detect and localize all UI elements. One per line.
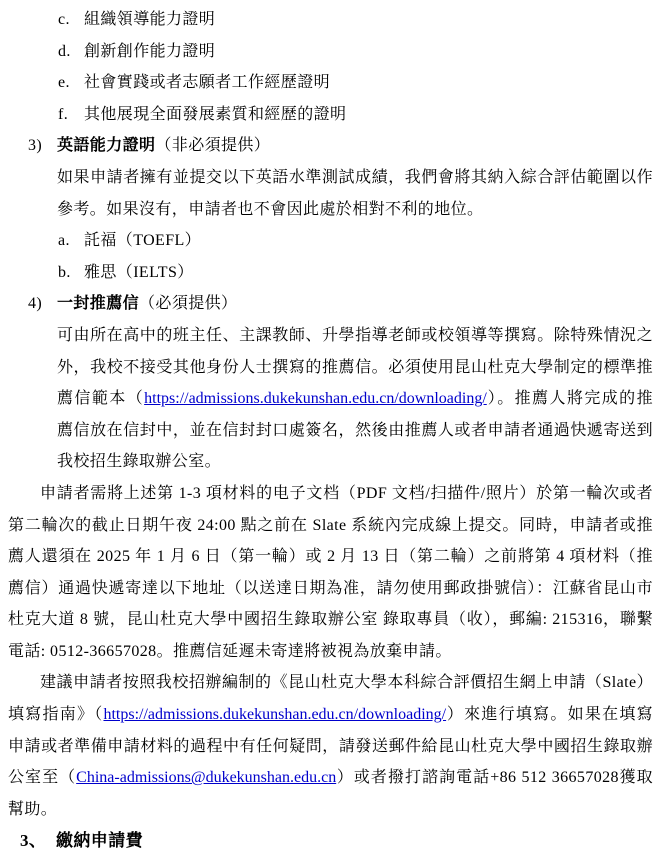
admissions-email-link[interactable]: China-admissions@dukekunshan.edu.cn (76, 769, 336, 786)
item-title-suffix: （非必須提供） (155, 137, 270, 154)
section-marker: 3、 (20, 825, 56, 855)
list-item-text: 雅思（IELTS） (84, 257, 194, 289)
english-test-paragraph: 如果申請者擁有並提交以下英語水準測試成績，我們會將其納入綜合評估範圍以作參考。如… (57, 162, 653, 225)
list-item-f: f. 其他展現全面發展素質和經歷的證明 (58, 99, 653, 131)
section-heading-application-fee: 3、 繳納申請費 (20, 825, 653, 855)
list-item-text: 託福（TOEFL） (84, 225, 201, 257)
list-item-d: d. 創新創作能力證明 (58, 36, 653, 68)
item-title: 一封推薦信 (57, 295, 139, 312)
list-marker: c. (58, 4, 84, 36)
list-marker: b. (58, 257, 84, 289)
list-marker: e. (58, 67, 84, 99)
list-marker: 3) (28, 130, 57, 162)
list-item-text: 一封推薦信（必須提供） (57, 288, 237, 320)
list-item-e: e. 社會實踐或者志願者工作經歷證明 (58, 67, 653, 99)
document-page: c. 組織領導能力證明 d. 創新創作能力證明 e. 社會實踐或者志願者工作經歷… (0, 0, 661, 855)
list-item-toefl: a. 託福（TOEFL） (58, 225, 653, 257)
document-content: c. 組織領導能力證明 d. 創新創作能力證明 e. 社會實踐或者志願者工作經歷… (0, 0, 661, 855)
list-item-text: 組織領導能力證明 (84, 4, 215, 36)
list-item-text: 創新創作能力證明 (84, 36, 215, 68)
list-item-text: 社會實踐或者志願者工作經歷證明 (84, 67, 330, 99)
application-guide-paragraph: 建議申請者按照我校招辦編制的《昆山杜克大學本科綜合評價招生網上申請（Slate）… (8, 667, 653, 825)
section-title: 繳納申請費 (56, 825, 143, 855)
list-item-c: c. 組織領導能力證明 (58, 4, 653, 36)
list-item-3-english-proficiency: 3) 英語能力證明（非必須提供） (28, 130, 653, 162)
guide-download-link[interactable]: https://admissions.dukekunshan.edu.cn/do… (103, 706, 446, 723)
download-template-link[interactable]: https://admissions.dukekunshan.edu.cn/do… (144, 390, 487, 407)
list-item-text: 英語能力證明（非必須提供） (57, 130, 270, 162)
list-item-ielts: b. 雅思（IELTS） (58, 257, 653, 289)
list-marker: f. (58, 99, 84, 131)
list-marker: a. (58, 225, 84, 257)
list-marker: d. (58, 36, 84, 68)
list-item-4-recommendation-letter: 4) 一封推薦信（必須提供） (28, 288, 653, 320)
item-title: 英語能力證明 (57, 137, 155, 154)
recommendation-letter-paragraph: 可由所在高中的班主任、主課教師、升學指導老師或校領導等撰寫。除特殊情況之外，我校… (57, 320, 653, 478)
item-title-suffix: （必須提供） (139, 295, 237, 312)
list-item-text: 其他展現全面發展素質和經歷的證明 (84, 99, 346, 131)
submission-deadline-paragraph: 申請者需將上述第 1-3 項材料的电子文档（PDF 文档/扫描件/照片）於第一輪… (8, 478, 653, 668)
list-marker: 4) (28, 288, 57, 320)
